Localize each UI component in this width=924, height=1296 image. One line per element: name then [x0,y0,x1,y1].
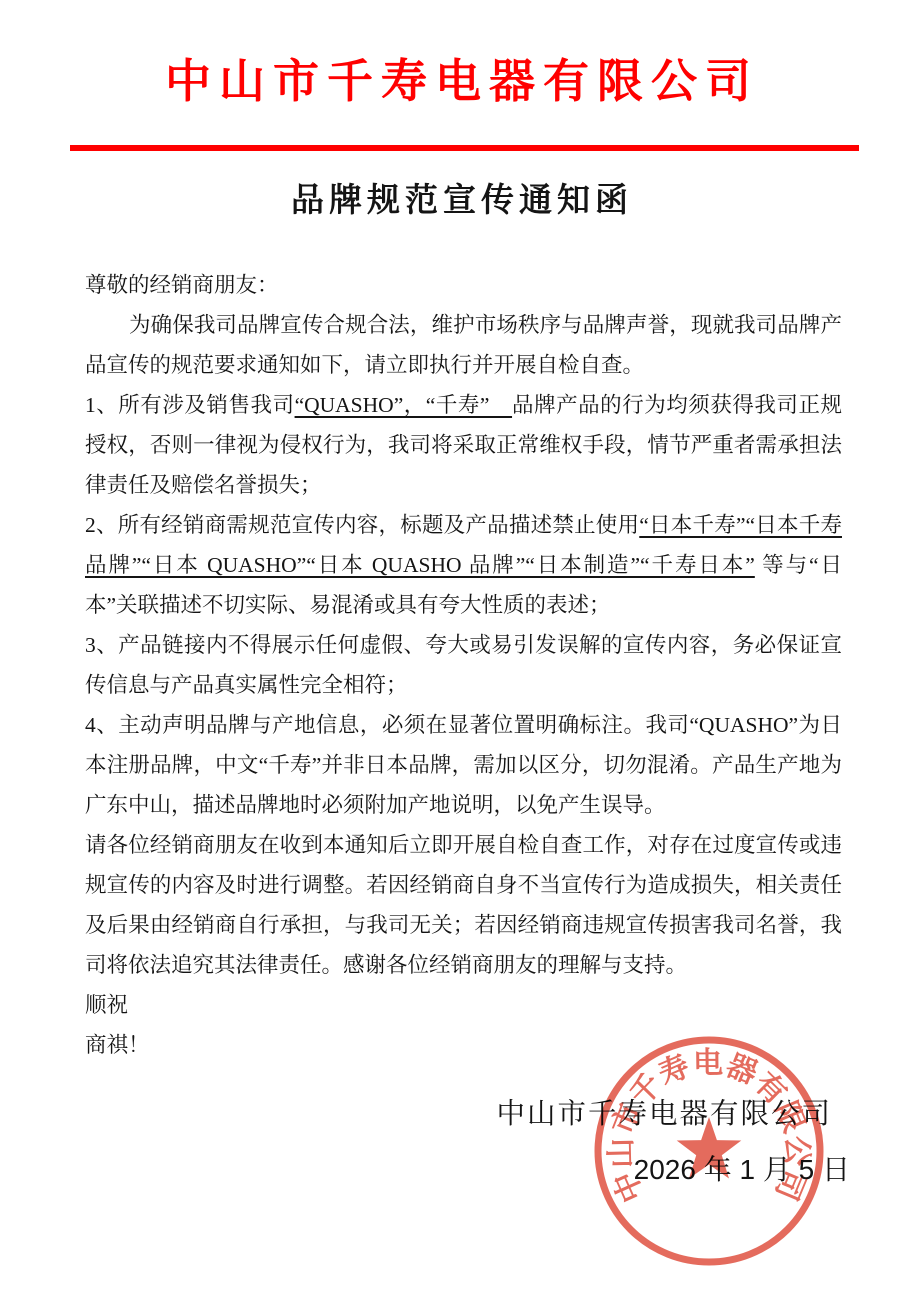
notice-item-1-prefix: 1、所有涉及销售我司 [85,393,295,417]
signature-block: 中山市千寿电器有限公司 2026 年 1 月 5 日 [0,1091,924,1188]
notice-item-4-text: 4、主动声明品牌与产地信息，必须在显著位置明确标注。我司“QUASHO”为日本注… [85,713,842,817]
notice-item-4: 4、主动声明品牌与产地信息，必须在显著位置明确标注。我司“QUASHO”为日本注… [85,705,842,825]
letterhead-company: 中山市千寿电器有限公司 [0,56,924,109]
notice-item-1: 1、所有涉及销售我司“QUASHO”，“千寿” 品牌产品的行为均须获得我司正规授… [85,385,842,505]
notice-item-2: 2、所有经销商需规范宣传内容，标题及产品描述禁止使用“日本千寿”“日本千寿品牌”… [85,505,842,625]
document-page: 中山市千寿电器有限公司 品牌规范宣传通知函 尊敬的经销商朋友： 为确保我司品牌宣… [0,0,924,1296]
wish-text: 商祺！ [85,1025,842,1065]
notice-item-3: 3、产品链接内不得展示任何虚假、夸大或易引发误解的宣传内容，务必保证宣传信息与产… [85,625,842,705]
letterhead-divider [70,145,859,151]
signature-company: 中山市千寿电器有限公司 [0,1091,924,1132]
letter-body: 尊敬的经销商朋友： 为确保我司品牌宣传合规合法，维护市场秩序与品牌声誉，现就我司… [85,265,842,1065]
intro-paragraph: 为确保我司品牌宣传合规合法，维护市场秩序与品牌声誉，现就我司品牌产品宣传的规范要… [85,305,842,385]
wish-prefix: 顺祝 [85,985,842,1025]
notice-item-3-text: 3、产品链接内不得展示任何虚假、夸大或易引发误解的宣传内容，务必保证宣传信息与产… [85,633,842,697]
salutation: 尊敬的经销商朋友： [85,265,842,305]
closing-paragraph: 请各位经销商朋友在收到本通知后立即开展自检自查工作，对存在过度宣传或违规宣传的内… [85,825,842,985]
signature-date: 2026 年 1 月 5 日 [0,1148,924,1188]
document-title: 品牌规范宣传通知函 [0,183,924,221]
notice-item-2-prefix: 2、所有经销商需规范宣传内容，标题及产品描述禁止使用 [85,513,639,537]
notice-item-1-underlined-brands: “QUASHO”，“千寿” [295,393,512,417]
